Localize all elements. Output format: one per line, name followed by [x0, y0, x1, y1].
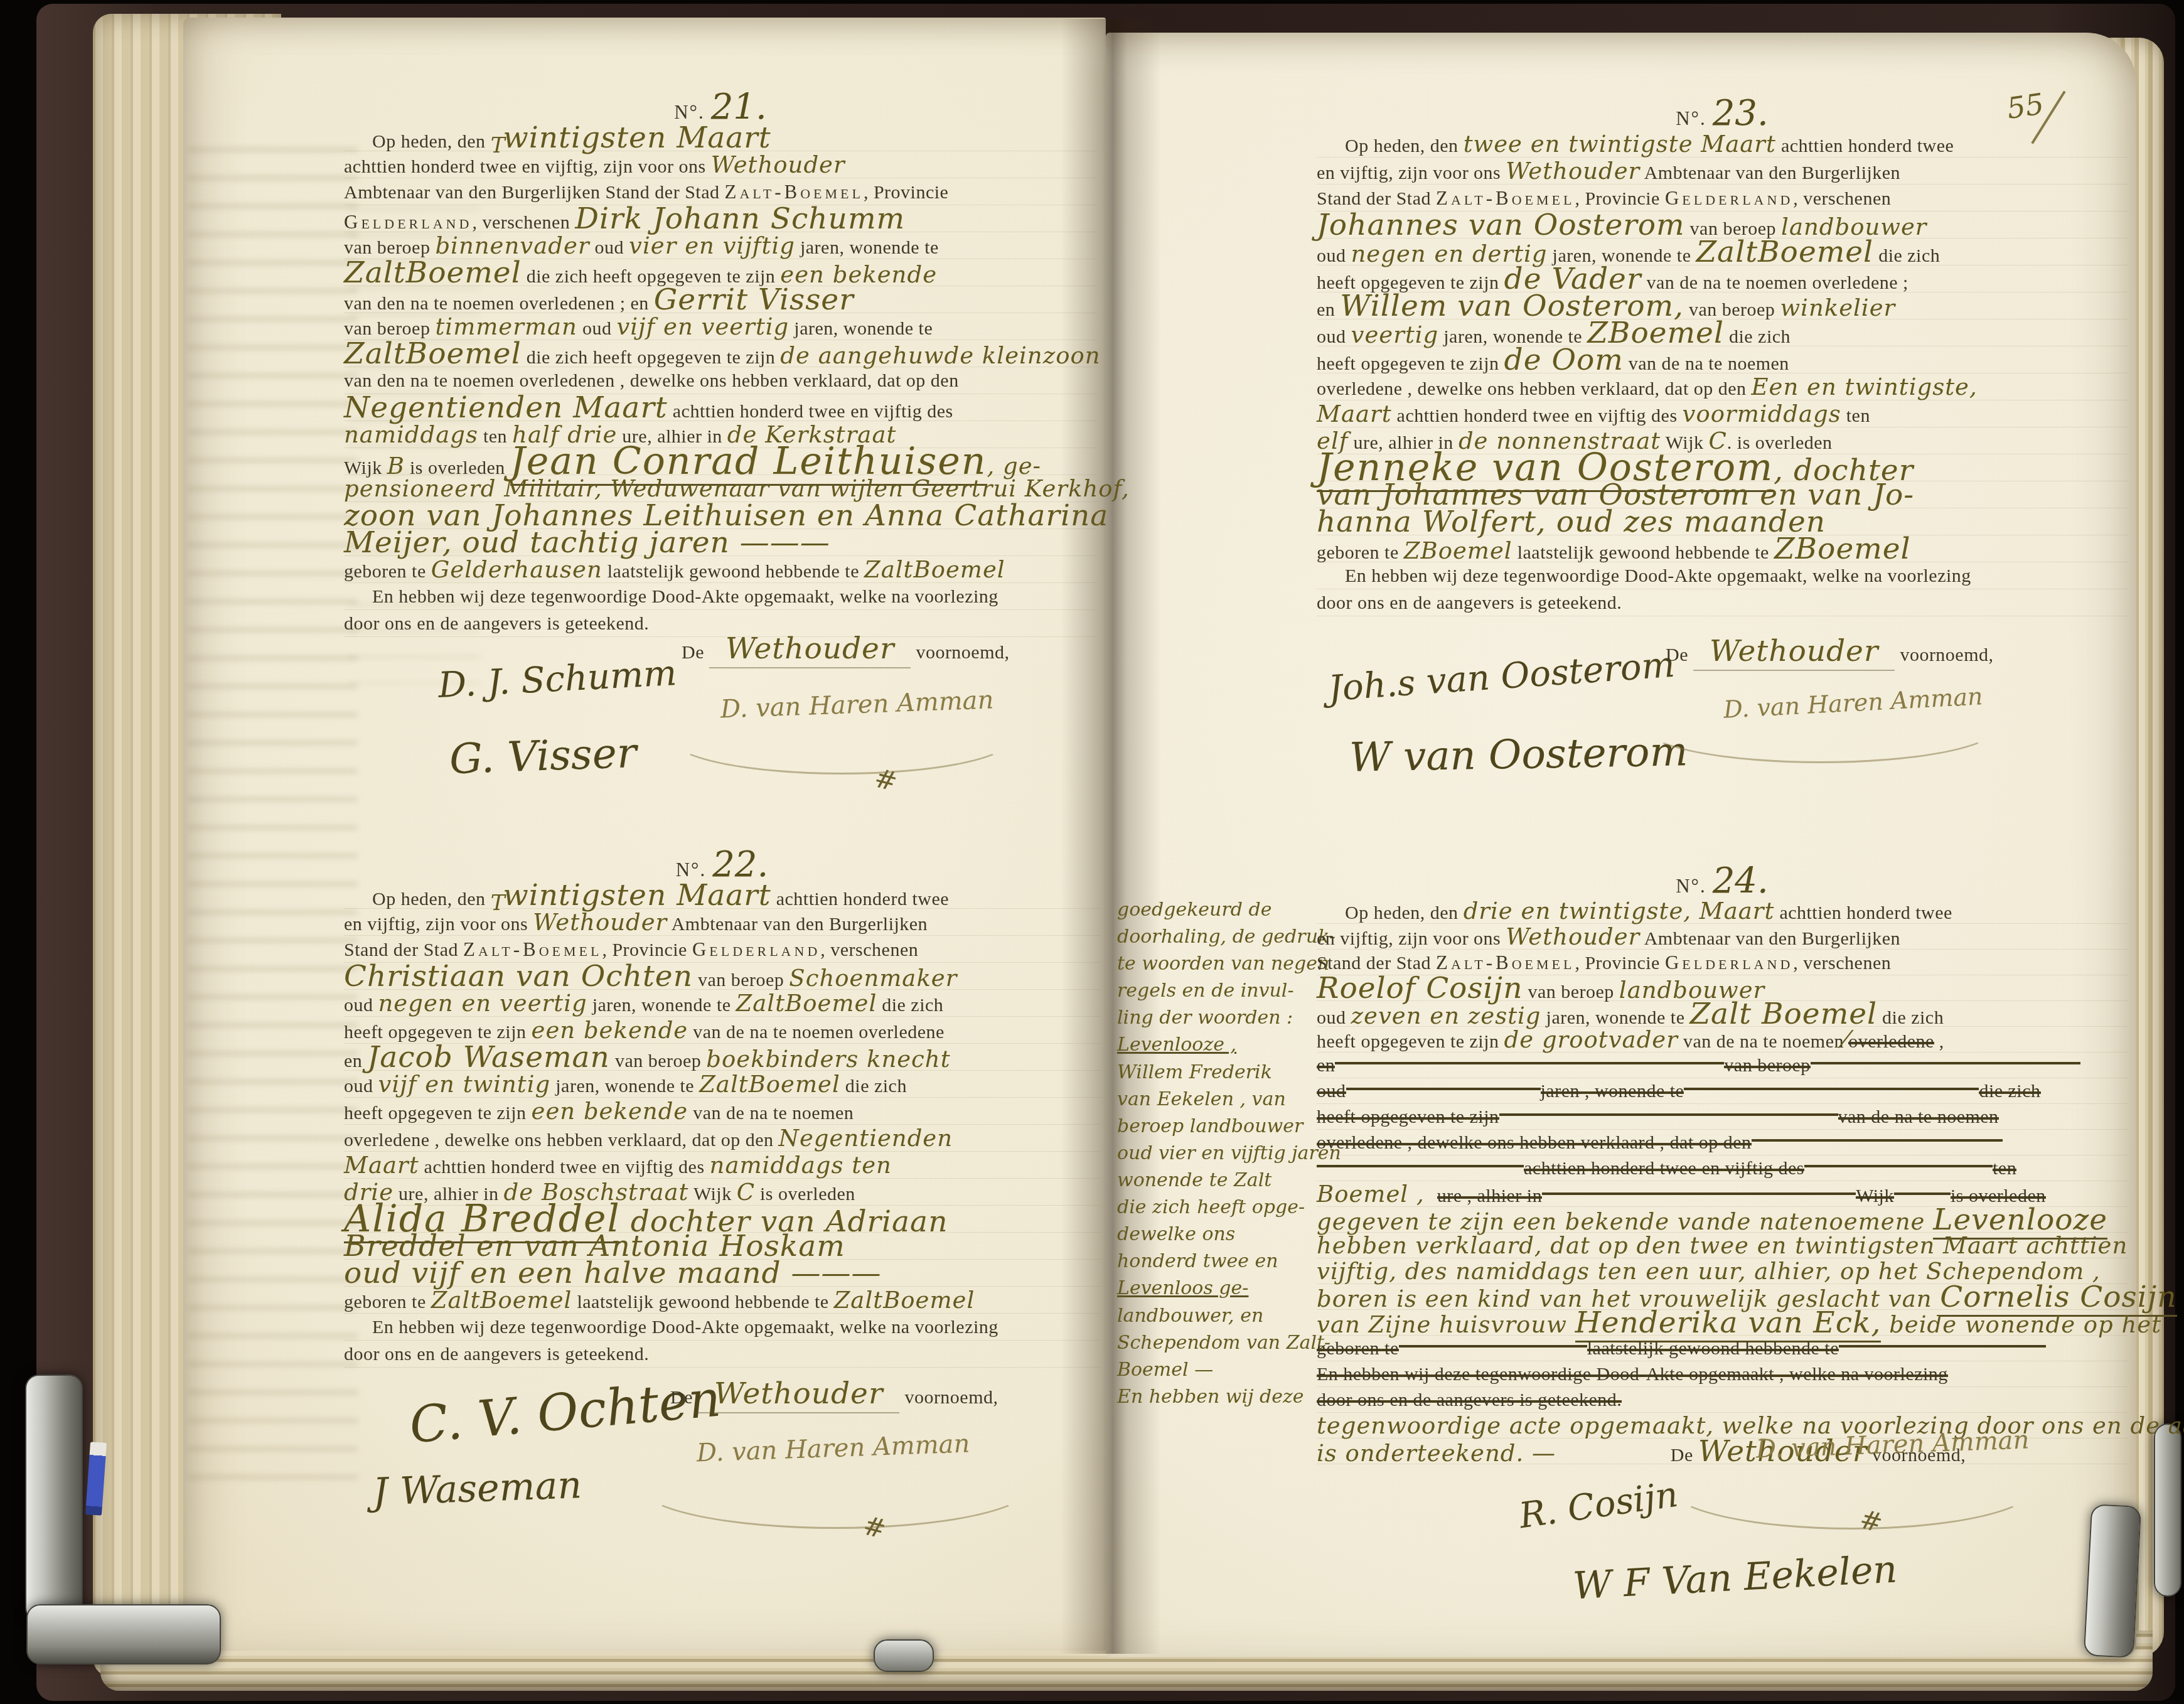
printed-form-text: De [1666, 645, 1693, 665]
metal-clasp-bottom-left-foot [26, 1604, 221, 1664]
official-title-line: De Wethouder voornoemd, [1666, 634, 1994, 668]
witness-signature: W van Oosterom [1349, 729, 1688, 781]
official-title-line: De Wethouder voornoemd, [682, 631, 1010, 666]
signature-flourish [1643, 690, 1998, 763]
margin-note-line: Boemel — [1117, 1356, 1309, 1383]
witness-signature: J Waseman [372, 1463, 582, 1514]
margin-note-line: honderd twee en [1117, 1248, 1309, 1275]
printed-form-text: De [670, 1387, 698, 1408]
margin-note-line: wonende te Zalt [1117, 1167, 1309, 1194]
margin-note-line: goedgekeurd de [1117, 896, 1309, 923]
margin-note-line: ling der woorden : [1117, 1004, 1309, 1031]
printed-form-text: De [682, 642, 709, 663]
margin-note-line: regels en de invul- [1117, 977, 1309, 1004]
death-record-21: N°.21. Op heden, den Twintigsten Maartac… [344, 87, 1097, 849]
margin-note-line: Levenlooze , [1117, 1031, 1309, 1059]
death-record-23: N°.23. Op heden, den twee en twintigste … [1317, 93, 2128, 855]
margin-note-line: te woorden van negen [1117, 950, 1309, 977]
witness-signature: R. Cosijn [1517, 1474, 1681, 1537]
printed-form-text: voornoemd, [1895, 645, 1993, 665]
margin-note-line: beroep landbouwer [1117, 1113, 1309, 1140]
metal-clasp-bottom-left [25, 1374, 83, 1622]
metal-clasp-right [2154, 1423, 2181, 1597]
margin-note-line: van Eekelen , van [1117, 1086, 1309, 1113]
witness-signature: W F Van Eekelen [1572, 1548, 1898, 1609]
margin-note-line: dewelke ons [1117, 1221, 1309, 1248]
official-title-line: De Wethouder voornoemd, [670, 1376, 998, 1411]
margin-annotation: goedgekeurd dedoorhaling, de gedruk-te w… [1117, 896, 1309, 1410]
witness-signature: G. Visser [449, 729, 638, 783]
death-record-24: N°.24. goedgekeurd dedoorhaling, de gedr… [1317, 860, 2128, 1683]
printed-form-text: voornoemd, [911, 642, 1009, 663]
ink-bleedthrough [188, 147, 358, 1484]
margin-note-line: die zich heeft opge- [1117, 1194, 1309, 1221]
book-photo: 55 N°.21. Op heden, den Twintigsten Maar… [0, 0, 2184, 1704]
metal-clasp-bottom-center [874, 1639, 934, 1672]
margin-note-line: oud vier en vijftig jaren [1117, 1140, 1309, 1167]
death-record-22: N°.22. Op heden, den Twintigsten Maart a… [344, 844, 1100, 1629]
handwritten-entry: Wethouder [709, 631, 911, 668]
signature-flourish [639, 1444, 1032, 1529]
handwritten-entry: Wethouder [698, 1376, 899, 1413]
handwritten-entry: Wethouder [1693, 634, 1895, 671]
margin-note-line: landbouwer, en [1117, 1302, 1309, 1329]
margin-note-line: doorhaling, de gedruk- [1117, 923, 1309, 950]
signature-flourish [670, 702, 1013, 774]
record-signatures: D. J. SchummG. VisserDe Wethouder voorno… [344, 87, 1097, 849]
signature-flourish [1668, 1444, 2036, 1530]
record-signatures: C. V. OchtenJ WasemanDe Wethouder voorno… [344, 844, 1100, 1629]
margin-note-line: Willem Frederik [1117, 1059, 1309, 1086]
margin-note-line: Schependom van Zalt- [1117, 1329, 1309, 1356]
witness-signature: Joh.s van Oosterom [1327, 645, 1676, 709]
record-signatures: Joh.s van OosteromW van OosteromDe Wetho… [1317, 93, 2128, 855]
record-signatures: R. CosijnW F Van EekelenD. van Haren Amm… [1317, 860, 2128, 1683]
witness-signature: D. J. Schumm [437, 653, 678, 706]
printed-form-text: voornoemd, [899, 1387, 998, 1408]
margin-note-line: En hebben wij deze [1117, 1383, 1309, 1410]
margin-note-line: Levenloos ge- [1117, 1275, 1309, 1302]
